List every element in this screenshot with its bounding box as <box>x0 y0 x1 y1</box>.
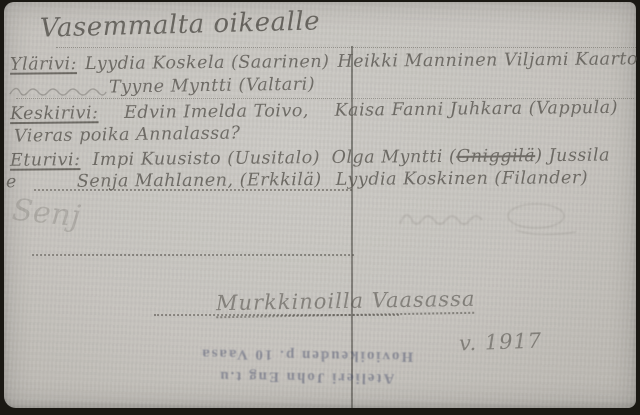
heading-left-to-right: Vasemmalta oikealle <box>40 6 321 43</box>
erased-scribble-line <box>8 80 108 100</box>
dotted-rule-5 <box>154 314 399 316</box>
photographer-stamp: Atelieri John Eng t.u Hovioikeuden p. 10… <box>144 342 470 391</box>
row-front-2: e Senja Mahlanen, (Erkkilä) Lyydia Koski… <box>6 168 636 192</box>
label-top-row: Ylärivi: <box>10 54 77 75</box>
names-top-left: Lyydia Koskela (Saarinen) <box>85 52 330 74</box>
guest-note-text: Vieras poika Annalassa? <box>14 123 241 146</box>
erased-writing-ghost <box>396 200 596 240</box>
front-right-pre: Olga Myntti ( <box>331 147 456 168</box>
row-front: Eturivi: Impi Kuusisto (Uusitalo) Olga M… <box>10 145 636 170</box>
caption-year: v. 1917 <box>459 329 543 356</box>
names-middle-left: Edvin Imelda Toivo, <box>124 101 309 123</box>
label-middle-row: Keskirivi: <box>10 103 99 124</box>
row-top: Ylärivi: Lyydia Koskela (Saarinen) Heikk… <box>10 49 638 74</box>
margin-letter-e: e <box>6 172 17 192</box>
front-right-post: ) Jussila <box>535 145 610 166</box>
names-middle-right: Kaisa Fanni Juhkara (Vappula) <box>334 98 618 121</box>
row-guest-note: Vieras poika Annalassa? <box>14 123 241 146</box>
names-front2-right: Lyydia Koskinen (Filander) <box>336 168 588 190</box>
row-top-2: Tyyne Myntti (Valtari) <box>109 75 315 98</box>
stamp-address-line: Hovioikeuden p. 10 Vaasa <box>144 342 469 369</box>
names-top-2: Tyyne Myntti (Valtari) <box>109 75 315 98</box>
stamp-studio-line: Atelieri John Eng t.u <box>144 364 469 391</box>
names-top-right: Heikki Manninen Viljami Kaarto <box>337 49 638 72</box>
postcard-back: Vasemmalta oikealle Ylärivi: Lyydia Kosk… <box>4 2 636 408</box>
front-right-struck-name: Gniggilä <box>456 146 535 167</box>
caption-place: Murkkinoilla Vaasassa <box>216 287 476 316</box>
names-front-right: Olga Myntti (Gniggilä) Jussila <box>331 145 610 167</box>
row-middle: Keskirivi: Edvin Imelda Toivo, Kaisa Fan… <box>10 98 618 124</box>
names-front2-left: Senja Mahlanen, (Erkkilä) <box>77 170 322 192</box>
dotted-rule-1 <box>56 47 636 48</box>
names-front-left: Impi Kuusisto (Uusitalo) <box>92 148 320 170</box>
faint-pencil-name: Senj <box>10 192 82 234</box>
label-front-row: Eturivi: <box>10 150 81 171</box>
dotted-rule-4 <box>32 254 354 256</box>
